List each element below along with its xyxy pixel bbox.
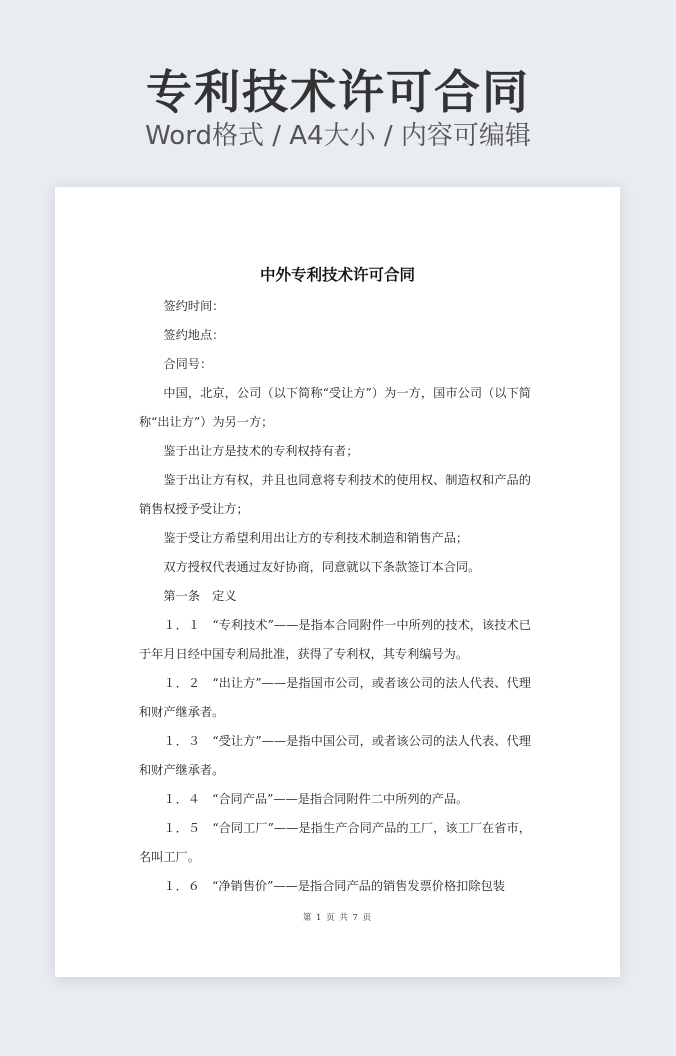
signing-place-line: 签约地点：: [139, 321, 531, 350]
clause-1-6: １．６ “净销售价”——是指合同产品的销售发票价格扣除包装: [139, 872, 531, 901]
clause-1-3: １．３ “受让方”——是指中国公司，或者该公司的法人代表、代理和财产继承者。: [139, 727, 531, 785]
contract-number-line: 合同号：: [139, 350, 531, 379]
page-number-footer: 第 1 页 共 7 页: [55, 911, 620, 925]
clause-1-5: １．５ “合同工厂”——是指生产合同产品的工厂，该工厂在省市，名叫工厂。: [139, 814, 531, 872]
signing-time-line: 签约时间：: [139, 292, 531, 321]
whereas-paragraph-1: 鉴于出让方是技术的专利权持有者；: [139, 437, 531, 466]
agreement-paragraph: 双方授权代表通过友好协商，同意就以下条款签订本合同。: [139, 553, 531, 582]
clause-1-1: １．１ “专利技术”——是指本合同附件一中所列的技术，该技术已于年月日经中国专利…: [139, 611, 531, 669]
banner-subtitle: Word格式 / A4大小 / 内容可编辑: [0, 118, 676, 154]
whereas-paragraph-3: 鉴于受让方希望利用出让方的专利技术制造和销售产品；: [139, 524, 531, 553]
whereas-paragraph-2: 鉴于出让方有权，并且也同意将专利技术的使用权、制造权和产品的销售权授予受让方；: [139, 466, 531, 524]
banner-title: 专利技术许可合同: [0, 62, 676, 122]
clause-1-4: １．４ “合同产品”——是指合同附件二中所列的产品。: [139, 785, 531, 814]
document-title: 中外专利技术许可合同: [55, 263, 620, 287]
clause-1-2: １．２ “出让方”——是指国市公司，或者该公司的法人代表、代理和财产继承者。: [139, 669, 531, 727]
document-page: 中外专利技术许可合同 签约时间： 签约地点： 合同号： 中国，北京，公司（以下简…: [55, 187, 620, 977]
document-body: 签约时间： 签约地点： 合同号： 中国，北京，公司（以下简称“受让方”）为一方，…: [139, 292, 531, 901]
article-heading: 第一条 定义: [139, 582, 531, 611]
parties-paragraph: 中国，北京，公司（以下简称“受让方”）为一方，国市公司（以下简称“出让方”）为另…: [139, 379, 531, 437]
